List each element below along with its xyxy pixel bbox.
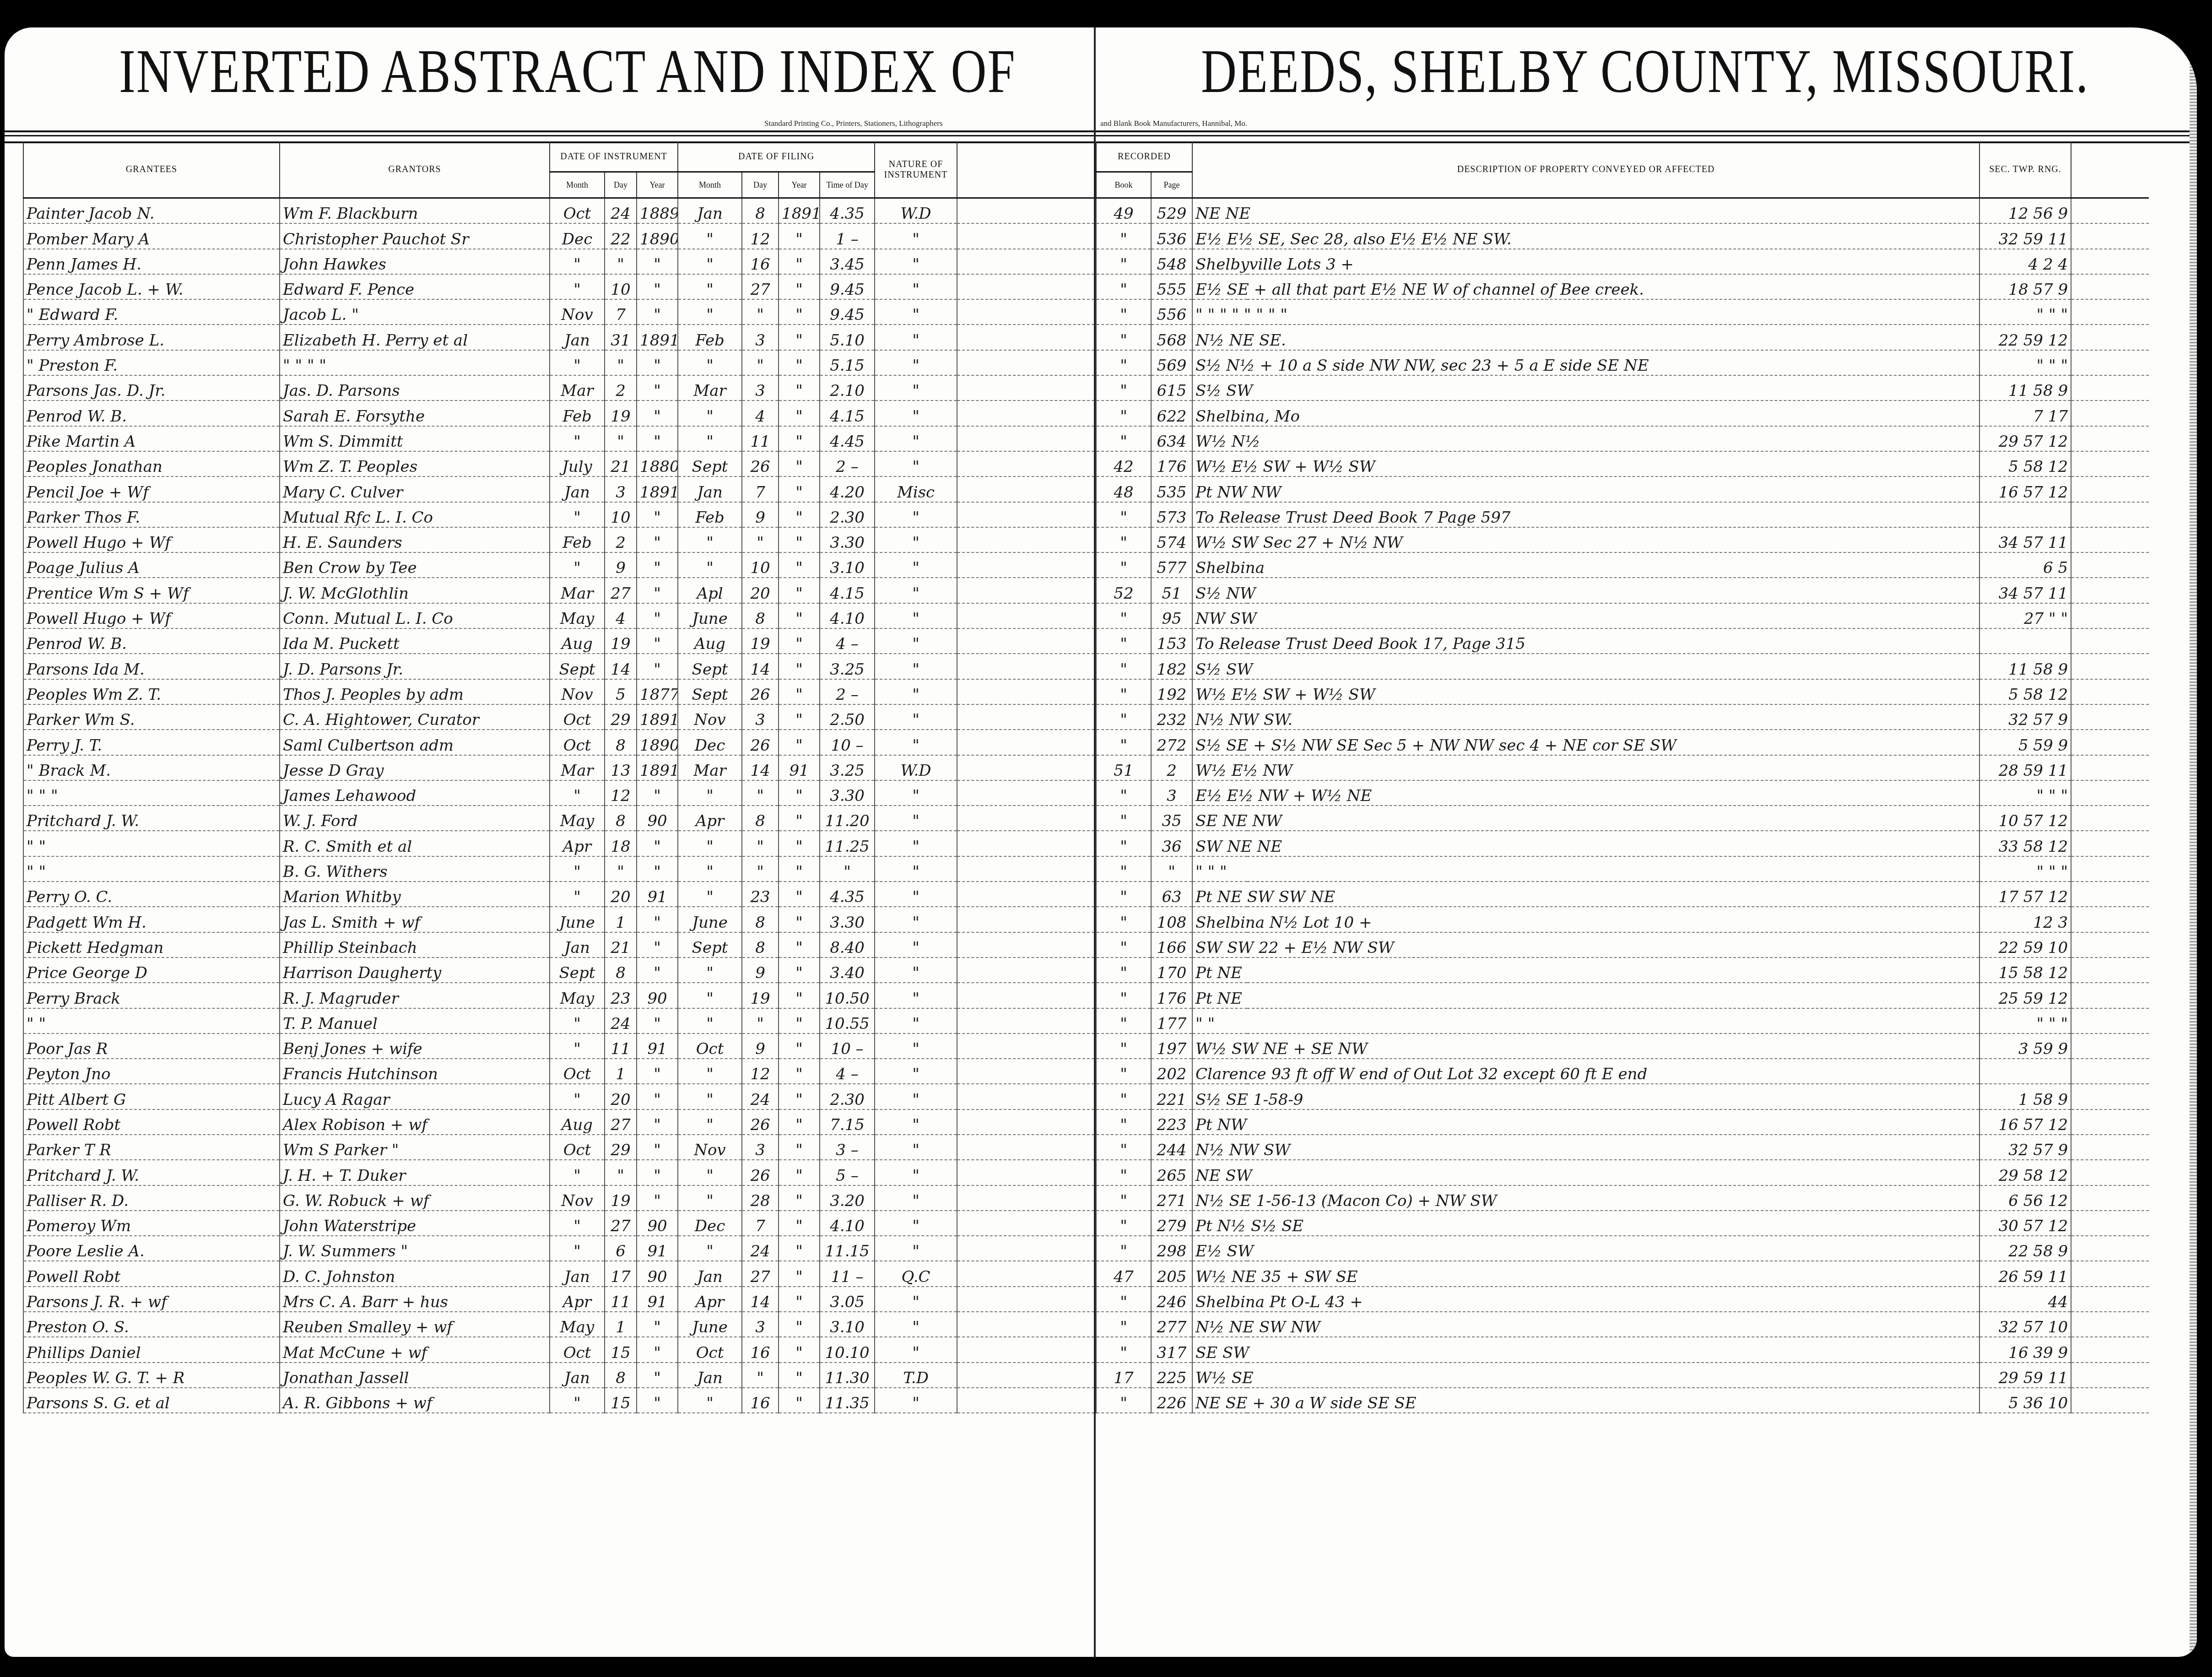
filing-day-cell: 4 xyxy=(742,400,779,426)
filing-day-cell: 3 xyxy=(742,325,779,350)
table-row: " "T. P. Manuel"24""""10.55" xyxy=(23,1008,1094,1033)
grantee-cell: " Brack M. xyxy=(23,755,280,780)
filing-year-cell: " xyxy=(779,223,820,249)
table-row: " " "James Lehawood"12""""3.30" xyxy=(23,780,1094,806)
book-cell: " xyxy=(1096,1008,1151,1033)
table-row: "177" "" " " xyxy=(1096,1008,2149,1033)
instrument-year-cell: " xyxy=(637,780,678,806)
description-cell: Shelbina, Mo xyxy=(1192,400,1979,426)
instrument-year-cell: 91 xyxy=(637,1236,678,1261)
grantor-cell: T. P. Manuel xyxy=(280,1008,550,1033)
instrument-year-cell: " xyxy=(637,1008,678,1033)
grantor-cell: J. W. McGlothlin xyxy=(280,578,550,603)
filing-time-cell: " xyxy=(820,856,875,882)
filing-year-cell: " xyxy=(779,1059,820,1084)
grantee-cell: " " xyxy=(23,1008,280,1033)
filing-time-cell: 3.20 xyxy=(820,1185,875,1211)
filing-year-cell: " xyxy=(779,704,820,730)
filing-year-cell: " xyxy=(779,476,820,502)
instrument-day-cell: 31 xyxy=(605,325,637,350)
filing-day-cell: 8 xyxy=(742,932,779,958)
filing-time-cell: 11.30 xyxy=(820,1363,875,1388)
filing-time-cell: 5.15 xyxy=(820,350,875,375)
blank-cell xyxy=(957,249,1094,274)
left-page: INVERTED ABSTRACT AND INDEX OF Standard … xyxy=(5,27,1094,1657)
table-row: Penn James H.John Hawkes""""16"3.45" xyxy=(23,249,1094,274)
instrument-day-cell: 24 xyxy=(605,1008,637,1033)
instrument-day-cell: 3 xyxy=(605,476,637,502)
description-cell: SE NE NW xyxy=(1192,806,1979,831)
table-row: Powell RobtAlex Robison + wfAug27""26"7.… xyxy=(23,1109,1094,1135)
blank-cell xyxy=(2071,654,2149,679)
filing-month-cell: " xyxy=(678,780,742,806)
grantee-cell: Perry O. C. xyxy=(23,882,280,907)
instrument-month-cell: Jan xyxy=(550,1363,605,1388)
filing-time-cell: 10 – xyxy=(820,730,875,755)
table-row: "615S½ SW11 58 9 xyxy=(1096,375,2149,400)
instrument-month-cell: Aug xyxy=(550,628,605,654)
sec-twp-rng-cell: " " " xyxy=(1979,299,2071,325)
instrument-year-cell: " xyxy=(637,578,678,603)
table-row: "63Pt NE SW SW NE17 57 12 xyxy=(1096,882,2149,907)
filing-day-cell: 26 xyxy=(742,730,779,755)
table-row: 512W½ E½ NW28 59 11 xyxy=(1096,755,2149,780)
filing-year-cell: " xyxy=(779,1261,820,1286)
sec-twp-rng-cell: 7 17 xyxy=(1979,400,2071,426)
instrument-year-cell: 90 xyxy=(637,1211,678,1236)
sec-twp-rng-cell: 28 59 11 xyxy=(1979,755,2071,780)
instrument-day-cell: 15 xyxy=(605,1337,637,1362)
description-cell: Pt NW xyxy=(1192,1109,1979,1135)
filing-time-cell: 1 – xyxy=(820,223,875,249)
book-cell: " xyxy=(1096,502,1151,527)
instrument-day-cell: 10 xyxy=(605,502,637,527)
table-row: " Preston F." " " """""""5.15" xyxy=(23,350,1094,375)
blank-cell xyxy=(957,476,1094,502)
filing-day-cell: " xyxy=(742,350,779,375)
filing-time-cell: 9.45 xyxy=(820,274,875,299)
instrument-day-cell: 11 xyxy=(605,1287,637,1312)
grantor-cell: Mary C. Culver xyxy=(280,476,550,502)
filing-day-cell: 16 xyxy=(742,1388,779,1413)
filing-month-cell: " xyxy=(678,1160,742,1185)
description-cell: W½ E½ NW xyxy=(1192,755,1979,780)
table-row: "574W½ SW Sec 27 + N½ NW34 57 11 xyxy=(1096,527,2149,552)
grantee-cell: Pencil Joe + Wf xyxy=(23,476,280,502)
blank-cell xyxy=(2071,1135,2149,1160)
instrument-day-cell: 1 xyxy=(605,907,637,932)
table-row: Parker T RWm S Parker "Oct29"Nov3"3 –" xyxy=(23,1135,1094,1160)
filing-time-cell: 10.50 xyxy=(820,983,875,1008)
instrument-month-cell: " xyxy=(550,882,605,907)
grantee-cell: Poor Jas R xyxy=(23,1033,280,1059)
instrument-year-cell: " xyxy=(637,1363,678,1388)
filing-month-cell: Apr xyxy=(678,806,742,831)
header-time-of-day: Time of Day xyxy=(820,172,875,198)
nature-cell: " xyxy=(875,375,957,400)
grantee-cell: Parker Thos F. xyxy=(23,502,280,527)
page-title-right: DEEDS, SHELBY COUNTY, MISSOURI. xyxy=(1201,37,2089,108)
sec-twp-rng-cell: 1 58 9 xyxy=(1979,1084,2071,1109)
book-cell: " xyxy=(1096,375,1151,400)
filing-time-cell: 3.10 xyxy=(820,552,875,578)
filing-time-cell: 2 – xyxy=(820,451,875,476)
table-row: "317SE SW16 39 9 xyxy=(1096,1337,2149,1362)
instrument-month-cell: Oct xyxy=(550,1135,605,1160)
instrument-month-cell: May xyxy=(550,1312,605,1337)
book-cell: " xyxy=(1096,1109,1151,1135)
instrument-month-cell: Apr xyxy=(550,831,605,856)
page-cell: 298 xyxy=(1151,1236,1192,1261)
nature-cell: " xyxy=(875,932,957,958)
nature-cell: " xyxy=(875,780,957,806)
instrument-month-cell: " xyxy=(550,350,605,375)
instrument-year-cell: 1877 xyxy=(637,679,678,704)
page-cell: 225 xyxy=(1151,1363,1192,1388)
book-cell: " xyxy=(1096,249,1151,274)
nature-cell: " xyxy=(875,451,957,476)
filing-month-cell: " xyxy=(678,1084,742,1109)
book-cell: " xyxy=(1096,831,1151,856)
nature-cell: " xyxy=(875,552,957,578)
filing-year-cell: " xyxy=(779,400,820,426)
header-rule xyxy=(1096,130,2197,143)
nature-cell: " xyxy=(875,223,957,249)
table-row: Pence Jacob L. + W.Edward F. Pence"10""2… xyxy=(23,274,1094,299)
table-row: "176Pt NE25 59 12 xyxy=(1096,983,2149,1008)
blank-cell xyxy=(957,1211,1094,1236)
book-cell: " xyxy=(1096,1185,1151,1211)
filing-time-cell: 3.25 xyxy=(820,654,875,679)
grantor-cell: Alex Robison + wf xyxy=(280,1109,550,1135)
instrument-day-cell: 13 xyxy=(605,755,637,780)
table-row: Parker Thos F.Mutual Rfc L. I. Co"10"Feb… xyxy=(23,502,1094,527)
instrument-month-cell: " xyxy=(550,552,605,578)
grantee-cell: Peyton Jno xyxy=(23,1059,280,1084)
filing-month-cell: " xyxy=(678,299,742,325)
blank-cell xyxy=(2071,1337,2149,1362)
description-cell: S½ SE 1-58-9 xyxy=(1192,1084,1979,1109)
filing-year-cell: " xyxy=(779,730,820,755)
grantor-cell: Jas. D. Parsons xyxy=(280,375,550,400)
sec-twp-rng-cell: 27 " " xyxy=(1979,603,2071,628)
table-row: 47205W½ NE 35 + SW SE26 59 11 xyxy=(1096,1261,2149,1286)
property-description-table: Recorded Description of Property Conveye… xyxy=(1096,142,2149,1413)
filing-time-cell: 10.10 xyxy=(820,1337,875,1362)
filing-year-cell: " xyxy=(779,1337,820,1362)
instrument-day-cell: 29 xyxy=(605,1135,637,1160)
description-cell: N½ SE 1-56-13 (Macon Co) + NW SW xyxy=(1192,1185,1979,1211)
nature-cell: " xyxy=(875,958,957,983)
filing-time-cell: 4.15 xyxy=(820,400,875,426)
description-cell: S½ SW xyxy=(1192,654,1979,679)
table-row: Preston O. S.Reuben Smalley + wfMay1"Jun… xyxy=(23,1312,1094,1337)
sec-twp-rng-cell: 11 58 9 xyxy=(1979,654,2071,679)
filing-year-cell: " xyxy=(779,1033,820,1059)
instrument-year-cell: " xyxy=(637,552,678,578)
filing-year-cell: " xyxy=(779,806,820,831)
table-row: "36SW NE NE33 58 12 xyxy=(1096,831,2149,856)
filing-day-cell: 19 xyxy=(742,628,779,654)
nature-cell: " xyxy=(875,1337,957,1362)
blank-cell xyxy=(2071,780,2149,806)
filing-month-cell: Apl xyxy=(678,578,742,603)
filing-time-cell: 9.45 xyxy=(820,299,875,325)
sec-twp-rng-cell: 32 57 10 xyxy=(1979,1312,2071,1337)
table-row: "153To Release Trust Deed Book 17, Page … xyxy=(1096,628,2149,654)
filing-day-cell: 9 xyxy=(742,958,779,983)
nature-cell: " xyxy=(875,1185,957,1211)
page-edge xyxy=(2190,27,2197,1657)
blank-cell xyxy=(2071,1008,2149,1033)
nature-cell: " xyxy=(875,983,957,1008)
filing-year-cell: 91 xyxy=(779,755,820,780)
table-row: "3E½ E½ NW + W½ NE" " " xyxy=(1096,780,2149,806)
nature-cell: T.D xyxy=(875,1363,957,1388)
instrument-day-cell: 2 xyxy=(605,375,637,400)
grantor-cell: G. W. Robuck + wf xyxy=(280,1185,550,1211)
page-cell: 2 xyxy=(1151,755,1192,780)
header-description: Description of Property Conveyed or Affe… xyxy=(1192,142,1979,198)
book-cell: 49 xyxy=(1096,198,1151,224)
nature-cell: " xyxy=(875,679,957,704)
book-cell: " xyxy=(1096,1084,1151,1109)
book-cell: 48 xyxy=(1096,476,1151,502)
nature-cell: " xyxy=(875,350,957,375)
description-cell: S½ SE + S½ NW SE Sec 5 + NW NW sec 4 + N… xyxy=(1192,730,1979,755)
table-row: "634W½ N½29 57 12 xyxy=(1096,426,2149,451)
filing-year-cell: " xyxy=(779,654,820,679)
filing-year-cell: " xyxy=(779,1084,820,1109)
instrument-month-cell: Nov xyxy=(550,679,605,704)
page-cell: 577 xyxy=(1151,552,1192,578)
book-cell: " xyxy=(1096,325,1151,350)
filing-day-cell: 24 xyxy=(742,1084,779,1109)
nature-cell: " xyxy=(875,603,957,628)
instrument-year-cell: 91 xyxy=(637,882,678,907)
filing-month-cell: Aug xyxy=(678,628,742,654)
blank-cell xyxy=(957,1388,1094,1413)
book-cell: " xyxy=(1096,400,1151,426)
filing-year-cell: " xyxy=(779,856,820,882)
instrument-year-cell: " xyxy=(637,1084,678,1109)
instrument-month-cell: Dec xyxy=(550,223,605,249)
book-cell: " xyxy=(1096,932,1151,958)
instrument-month-cell: Jan xyxy=(550,932,605,958)
filing-day-cell: 12 xyxy=(742,1059,779,1084)
grantor-cell: A. R. Gibbons + wf xyxy=(280,1388,550,1413)
book-cell: " xyxy=(1096,730,1151,755)
filing-year-cell: " xyxy=(779,1135,820,1160)
blank-cell xyxy=(2071,882,2149,907)
table-row: "108Shelbina N½ Lot 10 +12 3 xyxy=(1096,907,2149,932)
instrument-day-cell: 27 xyxy=(605,1109,637,1135)
nature-cell: " xyxy=(875,578,957,603)
description-cell: Pt NE xyxy=(1192,958,1979,983)
table-row: "197W½ SW NE + SE NW3 59 9 xyxy=(1096,1033,2149,1059)
filing-month-cell: " xyxy=(678,1109,742,1135)
instrument-month-cell: Mar xyxy=(550,755,605,780)
instrument-year-cell: 90 xyxy=(637,806,678,831)
instrument-day-cell: 21 xyxy=(605,451,637,476)
book-cell: " xyxy=(1096,780,1151,806)
filing-month-cell: Mar xyxy=(678,755,742,780)
filing-year-cell: " xyxy=(779,1287,820,1312)
description-cell: N½ NE SE. xyxy=(1192,325,1979,350)
blank-cell xyxy=(957,299,1094,325)
table-row: Phillips DanielMat McCune + wfOct15"Oct1… xyxy=(23,1337,1094,1362)
page-cell: 622 xyxy=(1151,400,1192,426)
table-row: "536E½ E½ SE, Sec 28, also E½ E½ NE SW.3… xyxy=(1096,223,2149,249)
sec-twp-rng-cell: 3 59 9 xyxy=(1979,1033,2071,1059)
description-cell: Shelbyville Lots 3 + xyxy=(1192,249,1979,274)
instrument-month-cell: Mar xyxy=(550,578,605,603)
table-row: "166SW SW 22 + E½ NW SW22 59 10 xyxy=(1096,932,2149,958)
grantor-cell: H. E. Saunders xyxy=(280,527,550,552)
page-cell: 221 xyxy=(1151,1084,1192,1109)
instrument-month-cell: Oct xyxy=(550,704,605,730)
blank-cell xyxy=(2071,1363,2149,1388)
blank-cell xyxy=(957,1261,1094,1286)
page-cell: 573 xyxy=(1151,502,1192,527)
nature-cell: " xyxy=(875,831,957,856)
book-cell: " xyxy=(1096,856,1151,882)
book-cell: " xyxy=(1096,426,1151,451)
blank-cell xyxy=(2071,983,2149,1008)
page-cell: 556 xyxy=(1151,299,1192,325)
filing-month-cell: " xyxy=(678,1236,742,1261)
sec-twp-rng-cell: 5 36 10 xyxy=(1979,1388,2071,1413)
filing-month-cell: " xyxy=(678,552,742,578)
table-row: "279Pt N½ S½ SE30 57 12 xyxy=(1096,1211,2149,1236)
grantor-cell: Wm S Parker " xyxy=(280,1135,550,1160)
nature-cell: " xyxy=(875,1236,957,1261)
sec-twp-rng-cell: 32 57 9 xyxy=(1979,704,2071,730)
grantor-cell: Conn. Mutual L. I. Co xyxy=(280,603,550,628)
table-row: "35SE NE NW10 57 12 xyxy=(1096,806,2149,831)
table-row: Perry O. C.Marion Whitby"2091"23"4.35" xyxy=(23,882,1094,907)
filing-time-cell: 3.10 xyxy=(820,1312,875,1337)
filing-year-cell: " xyxy=(779,1185,820,1211)
grantor-cell: John Waterstripe xyxy=(280,1211,550,1236)
filing-month-cell: Dec xyxy=(678,730,742,755)
header-recorded: Recorded xyxy=(1096,142,1192,172)
page-cell: 272 xyxy=(1151,730,1192,755)
sec-twp-rng-cell: 16 57 12 xyxy=(1979,476,2071,502)
instrument-day-cell: 12 xyxy=(605,780,637,806)
filing-time-cell: 2.30 xyxy=(820,1084,875,1109)
instrument-year-cell: " xyxy=(637,1059,678,1084)
filing-time-cell: 3.30 xyxy=(820,907,875,932)
grantee-cell: " Preston F. xyxy=(23,350,280,375)
page-cell: 277 xyxy=(1151,1312,1192,1337)
table-row: 17225W½ SE29 59 11 xyxy=(1096,1363,2149,1388)
filing-month-cell: " xyxy=(678,426,742,451)
blank-cell xyxy=(957,1363,1094,1388)
book-cell: 51 xyxy=(1096,755,1151,780)
sec-twp-rng-cell: " " " xyxy=(1979,780,2071,806)
page-cell: 170 xyxy=(1151,958,1192,983)
instrument-month-cell: " xyxy=(550,1236,605,1261)
sec-twp-rng-cell: 15 58 12 xyxy=(1979,958,2071,983)
grantee-cell: Poore Leslie A. xyxy=(23,1236,280,1261)
blank-cell xyxy=(957,806,1094,831)
instrument-day-cell: 10 xyxy=(605,274,637,299)
description-cell: W½ NE 35 + SW SE xyxy=(1192,1261,1979,1286)
book-cell: 52 xyxy=(1096,578,1151,603)
grantee-cell: Peoples Wm Z. T. xyxy=(23,679,280,704)
sec-twp-rng-cell: 29 59 11 xyxy=(1979,1363,2071,1388)
table-row: " Brack M.Jesse D GrayMar131891Mar14913.… xyxy=(23,755,1094,780)
filing-month-cell: " xyxy=(678,400,742,426)
grantee-cell: Pike Martin A xyxy=(23,426,280,451)
filing-day-cell: 9 xyxy=(742,1033,779,1059)
blank-cell xyxy=(957,958,1094,983)
book-cell: " xyxy=(1096,806,1151,831)
book-cell: " xyxy=(1096,1059,1151,1084)
instrument-day-cell: 15 xyxy=(605,1388,637,1413)
instrument-year-cell: " xyxy=(637,831,678,856)
nature-cell: " xyxy=(875,1211,957,1236)
header-grantors: Grantors xyxy=(280,142,550,198)
filing-time-cell: 5.10 xyxy=(820,325,875,350)
blank-cell xyxy=(2071,628,2149,654)
filing-day-cell: 8 xyxy=(742,603,779,628)
filing-day-cell: 19 xyxy=(742,983,779,1008)
book-cell: " xyxy=(1096,603,1151,628)
book-cell: " xyxy=(1096,907,1151,932)
instrument-year-cell: " xyxy=(637,932,678,958)
filing-month-cell: Mar xyxy=(678,375,742,400)
blank-cell xyxy=(957,1059,1094,1084)
instrument-year-cell: 1891 xyxy=(637,704,678,730)
page-cell: 317 xyxy=(1151,1337,1192,1362)
instrument-year-cell: " xyxy=(637,1337,678,1362)
description-cell: Pt NE xyxy=(1192,983,1979,1008)
description-cell: N½ NE SW NW xyxy=(1192,1312,1979,1337)
header-book: Book xyxy=(1096,172,1151,198)
instrument-month-cell: " xyxy=(550,1211,605,1236)
filing-year-cell: " xyxy=(779,350,820,375)
sec-twp-rng-cell: 33 58 12 xyxy=(1979,831,2071,856)
header-date-of-instrument: Date of Instrument xyxy=(550,142,678,172)
table-row: 42176W½ E½ SW + W½ SW5 58 12 xyxy=(1096,451,2149,476)
nature-cell: " xyxy=(875,806,957,831)
sec-twp-rng-cell: 4 2 4 xyxy=(1979,249,2071,274)
blank-cell xyxy=(2071,1211,2149,1236)
filing-month-cell: Sept xyxy=(678,654,742,679)
page-cell: 197 xyxy=(1151,1033,1192,1059)
grantee-cell: Padgett Wm H. xyxy=(23,907,280,932)
grantee-cell: Prentice Wm S + Wf xyxy=(23,578,280,603)
instrument-year-cell: " xyxy=(637,958,678,983)
description-cell: Pt N½ S½ SE xyxy=(1192,1211,1979,1236)
instrument-year-cell: " xyxy=(637,502,678,527)
grantee-cell: Penn James H. xyxy=(23,249,280,274)
grantor-cell: Reuben Smalley + wf xyxy=(280,1312,550,1337)
grantor-cell: Mrs C. A. Barr + hus xyxy=(280,1287,550,1312)
sec-twp-rng-cell: 5 58 12 xyxy=(1979,679,2071,704)
instrument-day-cell: " xyxy=(605,856,637,882)
printer-imprint-right: and Blank Book Manufacturers, Hannibal, … xyxy=(1100,119,1247,128)
grantee-cell: Penrod W. B. xyxy=(23,400,280,426)
table-row: "577Shelbina6 5 xyxy=(1096,552,2149,578)
grantor-cell: R. J. Magruder xyxy=(280,983,550,1008)
instrument-day-cell: " xyxy=(605,249,637,274)
filing-time-cell: 8.40 xyxy=(820,932,875,958)
grantor-cell: " " " " xyxy=(280,350,550,375)
nature-cell: " xyxy=(875,1084,957,1109)
